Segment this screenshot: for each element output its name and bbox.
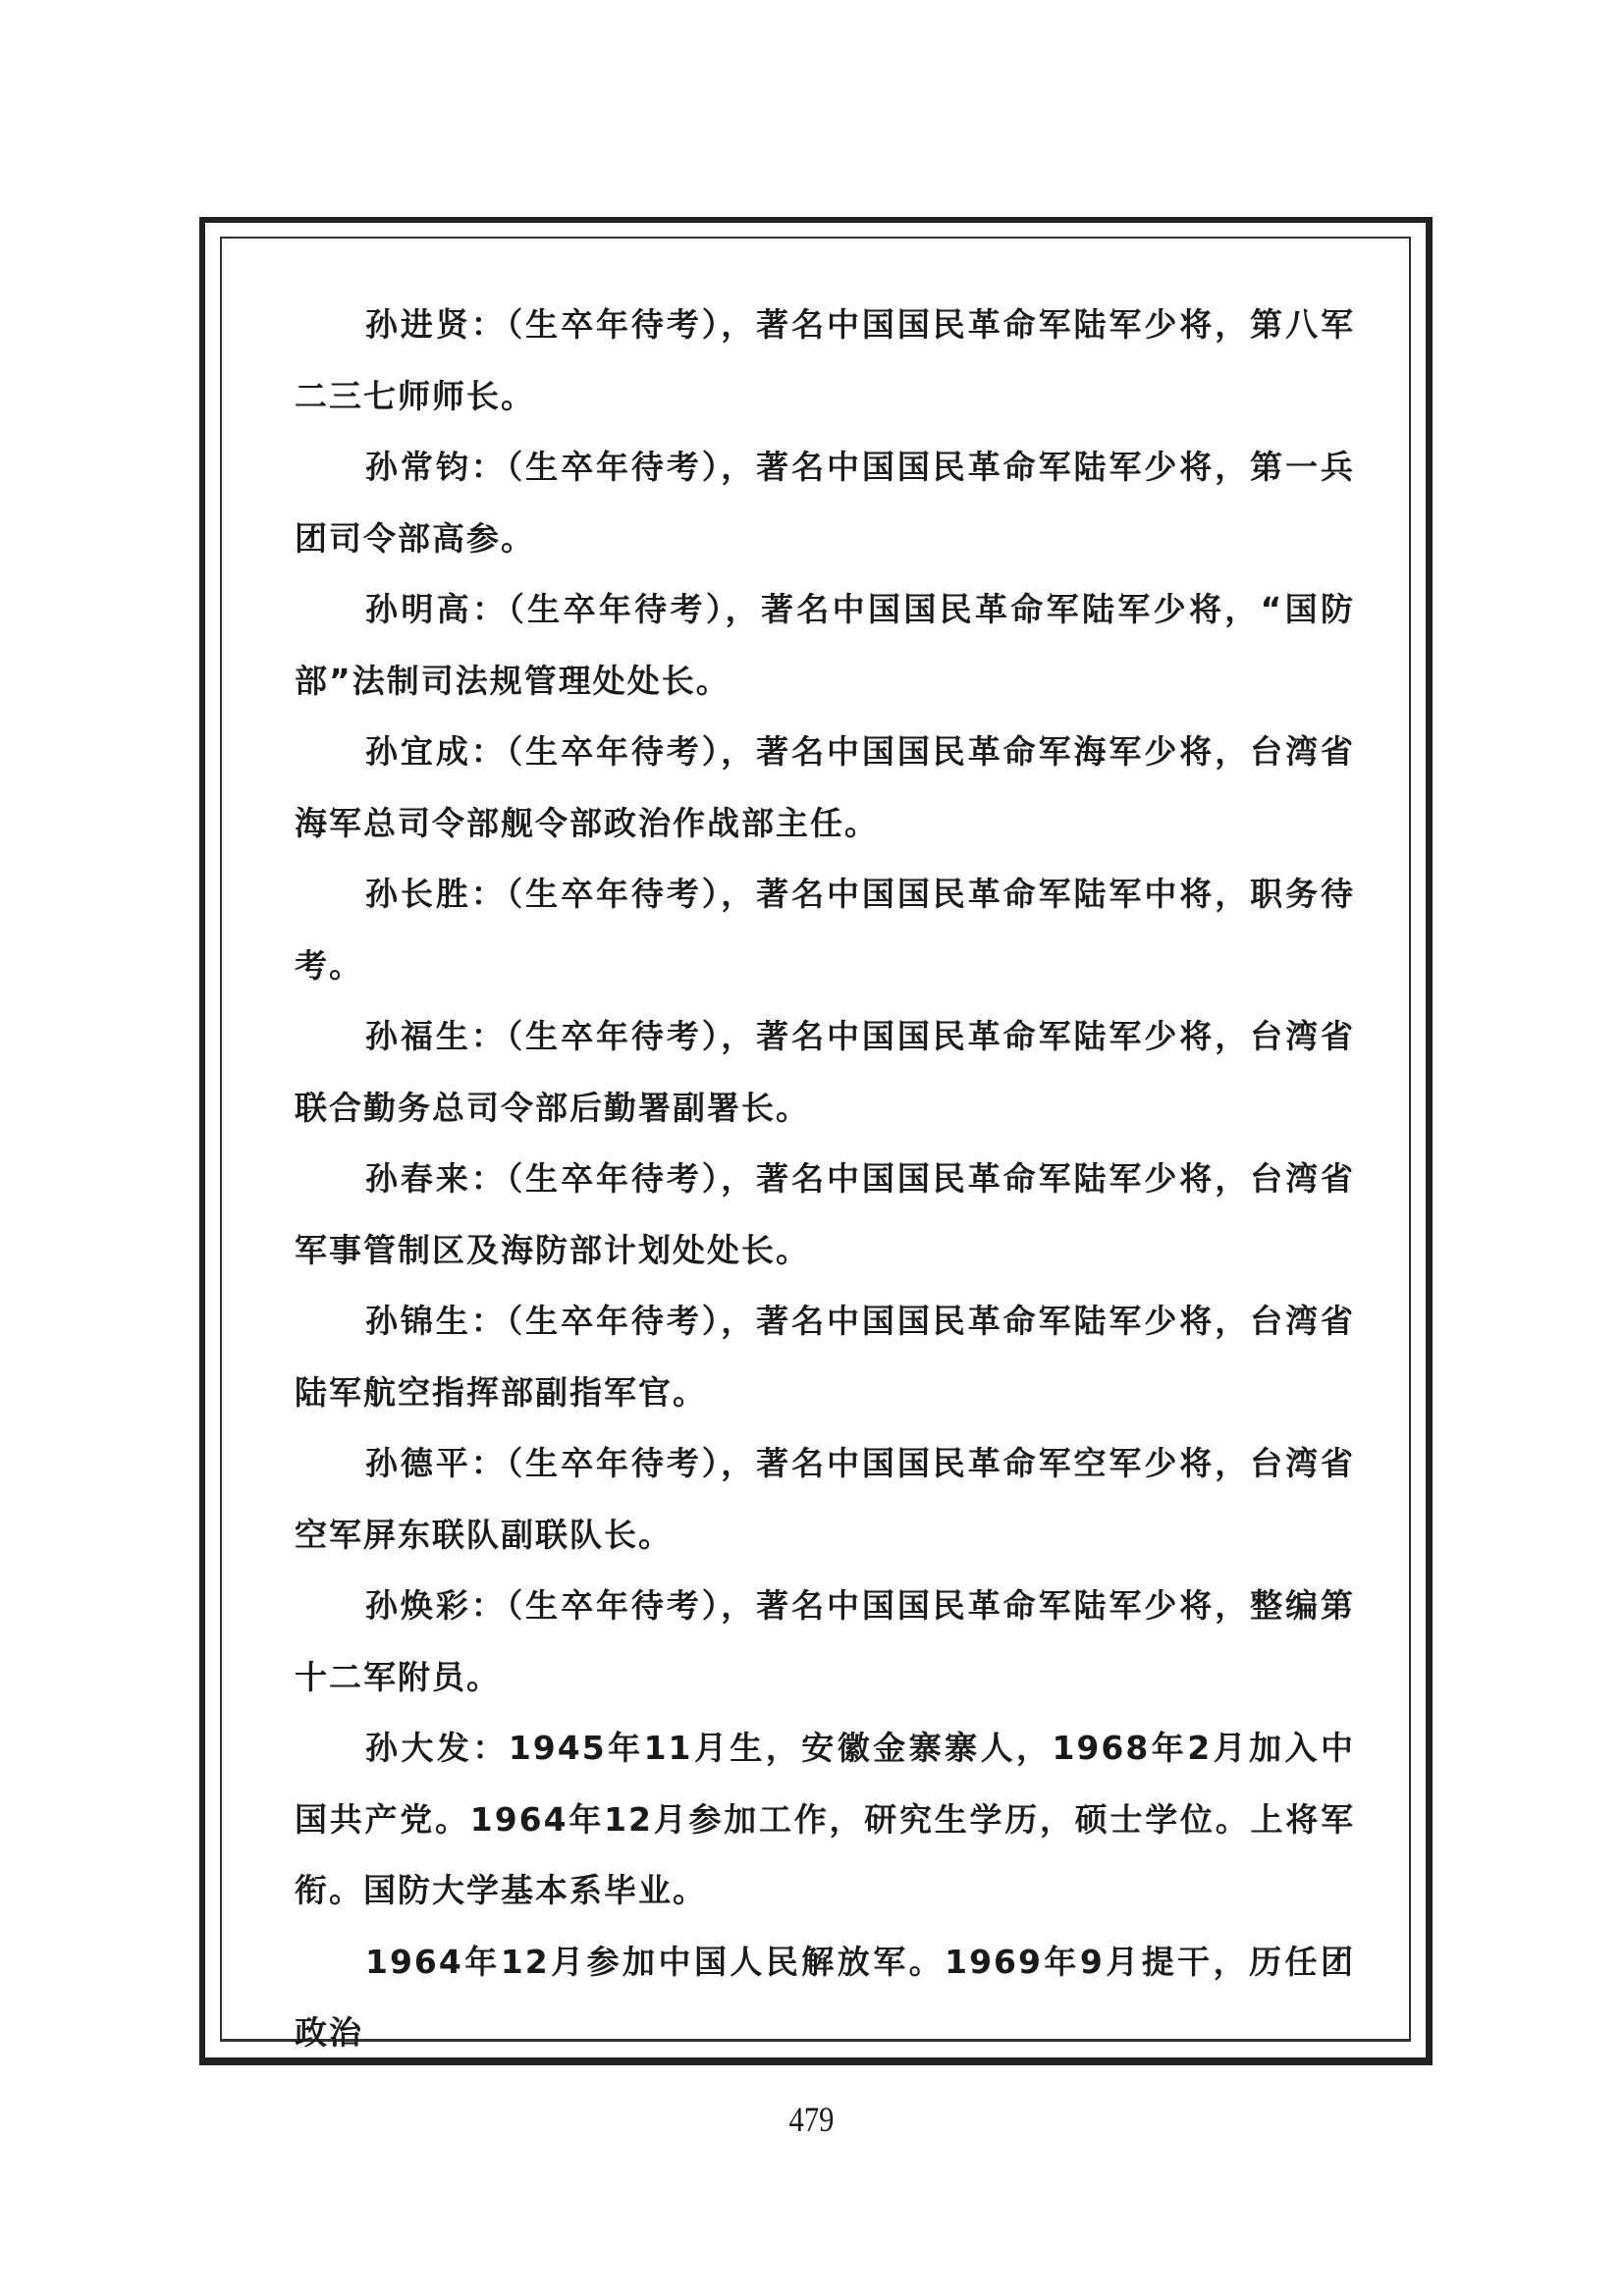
entry-paragraph: 孙德平：（生卒年待考），著名中国国民革命军空军少将，台湾省空军屏东联队副联队长。: [295, 1428, 1355, 1571]
page-body: 孙进贤：（生卒年待考），著名中国国民革命军陆军少将，第八军二三七师师长。 孙常钧…: [295, 290, 1355, 2069]
entry-paragraph: 孙明高：（生卒年待考），著名中国国民革命军陆军少将，“国防部”法制司法规管理处处…: [295, 574, 1355, 717]
entry-paragraph: 孙大发：1945年11月生，安徽金寨寨人，1968年2月加入中国共产党。1964…: [295, 1713, 1355, 1927]
entry-paragraph: 孙常钧：（生卒年待考），著名中国国民革命军陆军少将，第一兵团司令部高参。: [295, 432, 1355, 574]
entry-paragraph: 孙锦生：（生卒年待考），著名中国国民革命军陆军少将，台湾省陆军航空指挥部副指军官…: [295, 1286, 1355, 1428]
entry-paragraph: 孙焕彩：（生卒年待考），著名中国国民革命军陆军少将，整编第十二军附员。: [295, 1571, 1355, 1713]
entry-paragraph: 1964年12月参加中国人民解放军。1969年9月提干，历任团政治: [295, 1927, 1355, 2069]
entry-paragraph: 孙进贤：（生卒年待考），著名中国国民革命军陆军少将，第八军二三七师师长。: [295, 290, 1355, 432]
entry-paragraph: 孙长胜：（生卒年待考），著名中国国民革命军陆军中将，职务待考。: [295, 859, 1355, 1001]
page-number: 479: [122, 2099, 1501, 2140]
entry-paragraph: 孙福生：（生卒年待考），著名中国国民革命军陆军少将，台湾省联合勤务总司令部后勤署…: [295, 1001, 1355, 1144]
entry-paragraph: 孙春来：（生卒年待考），著名中国国民革命军陆军少将，台湾省军事管制区及海防部计划…: [295, 1144, 1355, 1286]
entry-paragraph: 孙宜成：（生卒年待考），著名中国国民革命军海军少将，台湾省海军总司令部舰令部政治…: [295, 717, 1355, 859]
